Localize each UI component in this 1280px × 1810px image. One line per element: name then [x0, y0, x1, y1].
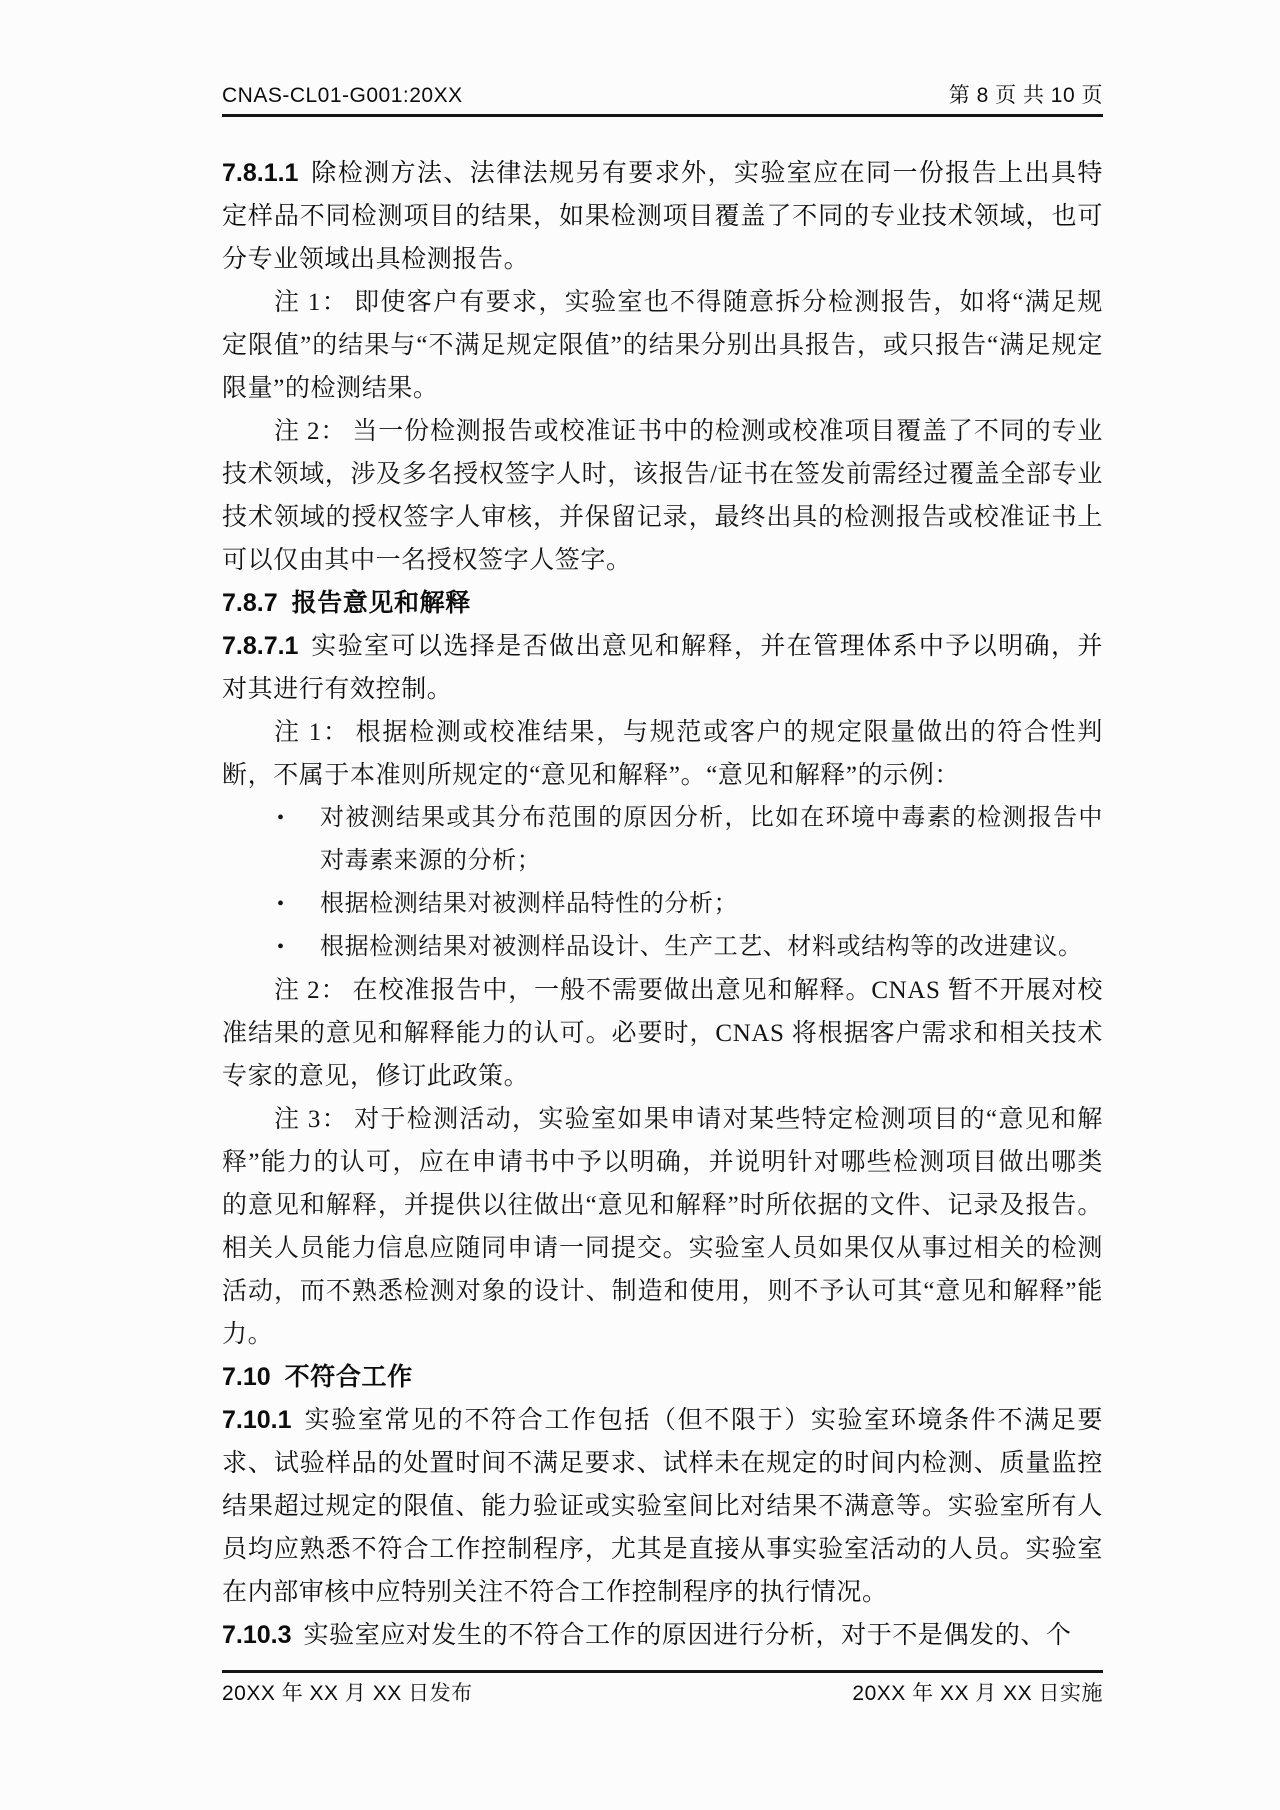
note-text: 对于检测活动，实验室如果申请对某些特定检测项目的“意见和解释”能力的认可，应在申… — [222, 1106, 1103, 1348]
implement-date: 20XX 年 XX 月 XX 日实施 — [852, 1682, 1103, 1705]
page-number-indicator: 第 8 页 共 10 页 — [949, 84, 1103, 107]
clause-text: 实验室常见的不符合工作包括（但不限于）实验室环境条件不满足要求、试验样品的处置时… — [222, 1407, 1103, 1606]
doc-code: CNAS-CL01-G001:20XX — [222, 84, 463, 107]
clause-text: 实验室可以选择是否做出意见和解释，并在管理体系中予以明确，并对其进行有效控制。 — [222, 633, 1103, 703]
note-label: 注 2： — [274, 977, 347, 1004]
bullet-text: 根据检测结果对被测样品特性的分析； — [320, 891, 738, 917]
heading-number: 7.10 — [222, 1363, 271, 1391]
bullet-marker: • — [277, 883, 285, 926]
clause-number: 7.10.3 — [222, 1621, 292, 1649]
note-label: 注 2： — [274, 418, 346, 445]
note-1-of-7-8-7-1: 注 1：根据检测或校准结果，与规范或客户的规定限量做出的符合性判断，不属于本准则… — [222, 711, 1103, 797]
note-label: 注 1： — [274, 719, 350, 746]
document-body: 7.8.1.1除检测方法、法律法规另有要求外，实验室应在同一份报告上出具特定样品… — [222, 152, 1103, 1657]
note-label: 注 3： — [274, 1106, 348, 1133]
page-footer: 20XX 年 XX 月 XX 日发布 20XX 年 XX 月 XX 日实施 — [222, 1670, 1103, 1705]
bullet-marker: • — [277, 926, 285, 969]
heading-number: 7.8.7 — [222, 589, 278, 617]
page-header: CNAS-CL01-G001:20XX 第 8 页 共 10 页 — [222, 0, 1103, 117]
bullet-text: 根据检测结果对被测样品设计、生产工艺、材料或结构等的改进建议。 — [320, 934, 1083, 960]
bullet-text: 对被测结果或其分布范围的原因分析，比如在环境中毒素的检测报告中对毒素来源的分析； — [320, 805, 1103, 874]
bullet-item: •对被测结果或其分布范围的原因分析，比如在环境中毒素的检测报告中对毒素来源的分析… — [222, 797, 1103, 883]
heading-title: 不符合工作 — [285, 1363, 413, 1391]
clause-7-10-3: 7.10.3实验室应对发生的不符合工作的原因进行分析，对于不是偶发的、个 — [222, 1614, 1103, 1657]
note-text: 在校准报告中，一般不需要做出意见和解释。CNAS 暂不开展对校准结果的意见和解释… — [222, 977, 1103, 1090]
note-3-of-7-8-7-1: 注 3：对于检测活动，实验室如果申请对某些特定检测项目的“意见和解释”能力的认可… — [222, 1098, 1103, 1356]
heading-7-8-7: 7.8.7报告意见和解释 — [222, 582, 1103, 625]
bullet-marker: • — [277, 797, 285, 840]
heading-title: 报告意见和解释 — [292, 589, 471, 617]
clause-text: 实验室应对发生的不符合工作的原因进行分析，对于不是偶发的、个 — [304, 1622, 1072, 1649]
clause-7-8-7-1: 7.8.7.1实验室可以选择是否做出意见和解释，并在管理体系中予以明确，并对其进… — [222, 625, 1103, 711]
bullet-list: •对被测结果或其分布范围的原因分析，比如在环境中毒素的检测报告中对毒素来源的分析… — [222, 797, 1103, 969]
note-text: 根据检测或校准结果，与规范或客户的规定限量做出的符合性判断，不属于本准则所规定的… — [222, 719, 1103, 789]
note-text: 即使客户有要求，实验室也不得随意拆分检测报告，如将“满足规定限值”的结果与“不满… — [222, 289, 1103, 402]
bullet-item: •根据检测结果对被测样品设计、生产工艺、材料或结构等的改进建议。 — [222, 926, 1103, 969]
clause-number: 7.8.7.1 — [222, 632, 298, 660]
clause-7-10-1: 7.10.1实验室常见的不符合工作包括（但不限于）实验室环境条件不满足要求、试验… — [222, 1399, 1103, 1614]
clause-text: 除检测方法、法律法规另有要求外，实验室应在同一份报告上出具特定样品不同检测项目的… — [222, 160, 1103, 273]
heading-7-10: 7.10不符合工作 — [222, 1356, 1103, 1399]
release-date: 20XX 年 XX 月 XX 日发布 — [222, 1682, 473, 1705]
document-page: CNAS-CL01-G001:20XX 第 8 页 共 10 页 7.8.1.1… — [0, 0, 1280, 1810]
note-text: 当一份检测报告或校准证书中的检测或校准项目覆盖了不同的专业技术领域，涉及多名授权… — [222, 418, 1103, 574]
note-2-of-7-8-7-1: 注 2：在校准报告中，一般不需要做出意见和解释。CNAS 暂不开展对校准结果的意… — [222, 969, 1103, 1098]
bullet-item: •根据检测结果对被测样品特性的分析； — [222, 883, 1103, 926]
note-1-of-7-8-1-1: 注 1：即使客户有要求，实验室也不得随意拆分检测报告，如将“满足规定限值”的结果… — [222, 281, 1103, 410]
note-2-of-7-8-1-1: 注 2：当一份检测报告或校准证书中的检测或校准项目覆盖了不同的专业技术领域，涉及… — [222, 410, 1103, 582]
clause-7-8-1-1: 7.8.1.1除检测方法、法律法规另有要求外，实验室应在同一份报告上出具特定样品… — [222, 152, 1103, 281]
clause-number: 7.8.1.1 — [222, 159, 298, 187]
clause-number: 7.10.1 — [222, 1406, 292, 1434]
note-label: 注 1： — [274, 289, 348, 316]
